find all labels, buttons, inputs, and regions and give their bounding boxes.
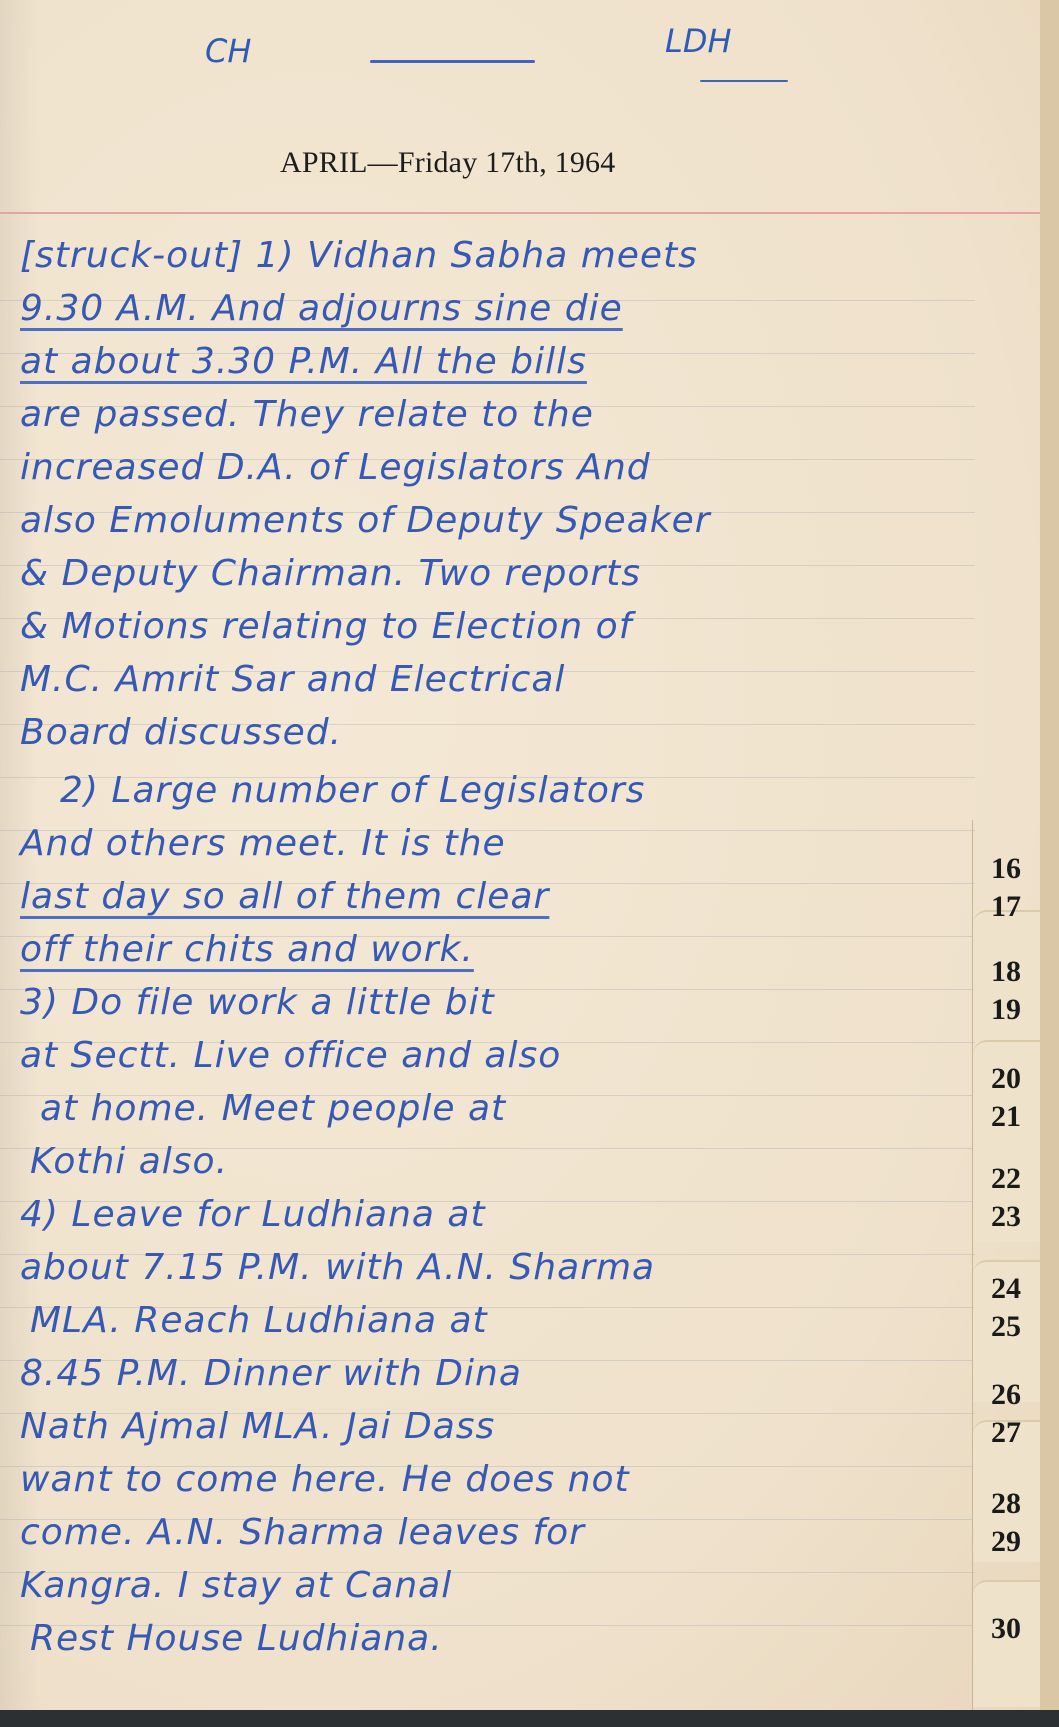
day-tab-18[interactable]: 18 (972, 955, 1040, 989)
page-edge (1040, 0, 1059, 1727)
route-from: CH (205, 32, 251, 70)
entry-line: increased D.A. of Legislators And (20, 447, 651, 488)
entry-line: Rest House Ludhiana. (30, 1618, 443, 1659)
entry-line: at Sectt. Live office and also (20, 1035, 561, 1076)
day-tab-28[interactable]: 28 (972, 1487, 1040, 1521)
margin-rule (0, 212, 1040, 214)
entry-line: last day so all of them clear (20, 876, 549, 917)
thumb-index (972, 820, 1041, 1710)
entry-line: Nath Ajmal MLA. Jai Dass (20, 1406, 495, 1447)
day-tab-26[interactable]: 26 (972, 1378, 1040, 1412)
entry-line: 9.30 A.M. And adjourns sine die (20, 288, 623, 329)
day-tab-30[interactable]: 30 (972, 1612, 1040, 1646)
entry-line: Kothi also. (30, 1141, 228, 1182)
route-to-underline (700, 80, 788, 82)
entry-line: 8.45 P.M. Dinner with Dina (20, 1353, 522, 1394)
entry-line: And others meet. It is the (20, 823, 506, 864)
arrow-line (370, 60, 535, 63)
entry-line: 3) Do file work a little bit (20, 982, 495, 1023)
day-tab-21[interactable]: 21 (972, 1100, 1040, 1134)
entry-line: about 7.15 P.M. with A.N. Sharma (20, 1247, 655, 1288)
entry-line: M.C. Amrit Sar and Electrical (20, 659, 565, 700)
entry-line: Board discussed. (20, 712, 342, 753)
route-to: LDH (665, 22, 732, 60)
entry-line: MLA. Reach Ludhiana at (30, 1300, 488, 1341)
cover-edge (0, 1710, 1059, 1727)
day-tab-19[interactable]: 19 (972, 993, 1040, 1027)
entry-line: are passed. They relate to the (20, 394, 594, 435)
entry-line: at about 3.30 P.M. All the bills (20, 341, 587, 382)
day-tab-22[interactable]: 22 (972, 1162, 1040, 1196)
entry-line: Kangra. I stay at Canal (20, 1565, 452, 1606)
day-tab-25[interactable]: 25 (972, 1310, 1040, 1344)
show-through-text (60, 50, 71, 90)
entry-line: come. A.N. Sharma leaves for (20, 1512, 585, 1553)
day-tab-16[interactable]: 16 (972, 852, 1040, 886)
entry-line: also Emoluments of Deputy Speaker (20, 500, 711, 541)
entry-line: 4) Leave for Ludhiana at (20, 1194, 486, 1235)
diary-page: CH LDH APRIL—Friday 17th, 1964 [struck-o… (0, 0, 1040, 1710)
entry-line: & Deputy Chairman. Two reports (20, 553, 641, 594)
day-tab-29[interactable]: 29 (972, 1525, 1040, 1559)
entry-line: want to come here. He does not (20, 1459, 630, 1500)
entry-line: at home. Meet people at (40, 1088, 506, 1129)
day-tab-27[interactable]: 27 (972, 1416, 1040, 1450)
day-tab-24[interactable]: 24 (972, 1272, 1040, 1306)
day-tab-23[interactable]: 23 (972, 1200, 1040, 1234)
entry-line: & Motions relating to Election of (20, 606, 632, 647)
day-tab-20[interactable]: 20 (972, 1062, 1040, 1096)
day-tab-17[interactable]: 17 (972, 890, 1040, 924)
entry-line: 2) Large number of Legislators (60, 770, 645, 811)
entry-line: off their chits and work. (20, 929, 474, 970)
entry-line: [struck-out] 1) Vidhan Sabha meets (20, 235, 698, 276)
date-heading: APRIL—Friday 17th, 1964 (280, 146, 615, 180)
